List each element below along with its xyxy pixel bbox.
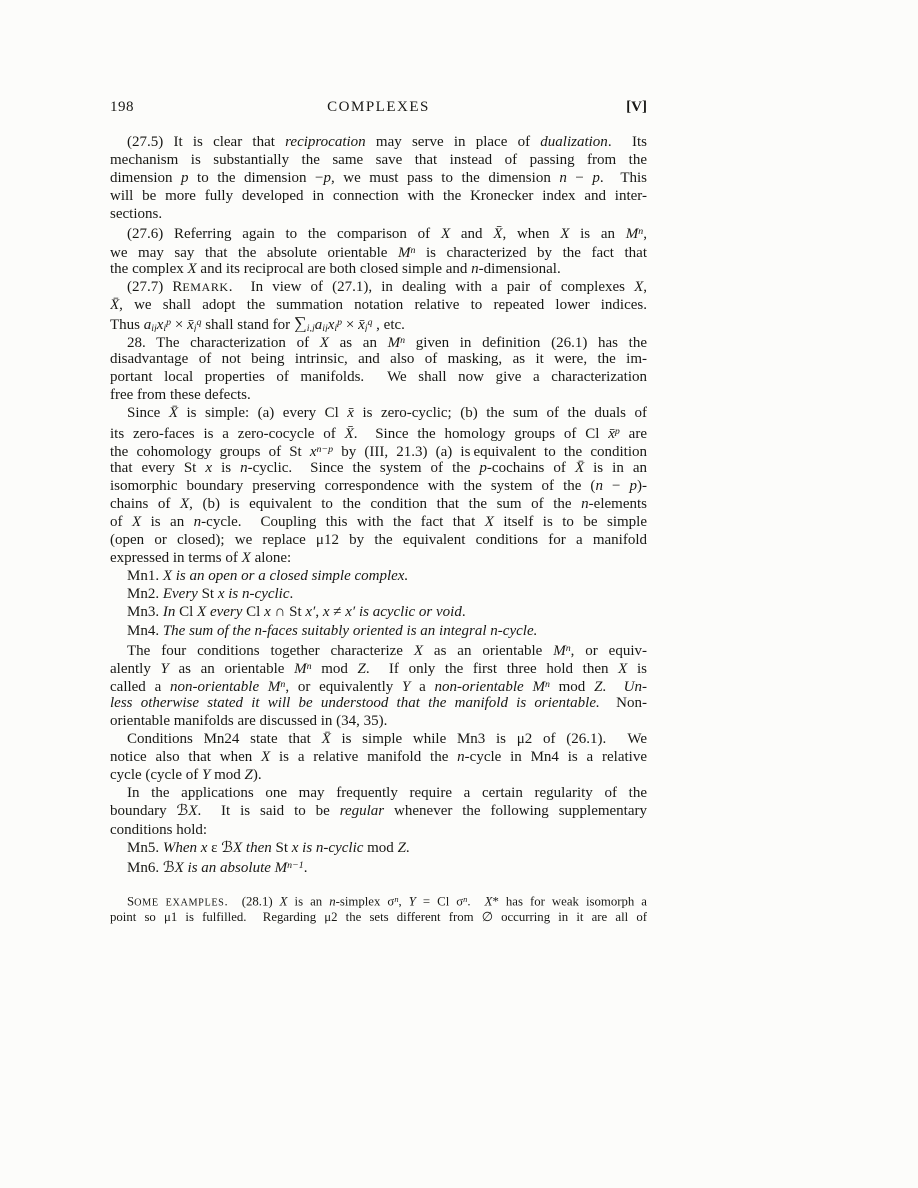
text-run: disadvantage of not being intrinsic, and… (110, 351, 647, 367)
text-line: (open or closed); we replace μ12 by the … (110, 531, 647, 549)
text-line: point so μ1 is fulfilled. Regarding μ2 t… (110, 908, 647, 926)
text-run: the cohomology groups of St (110, 444, 310, 459)
text-run: regular (340, 803, 384, 819)
text-line: SOME EXAMPLES. (28.1) X is an n-simplex … (110, 890, 647, 908)
text-line: sections. (110, 205, 647, 223)
text-line: (27.6) Referring again to the comparison… (110, 223, 647, 241)
text-run: Mn2. (127, 586, 163, 602)
text-run: -cycle. Coupling this with the fact that (201, 514, 485, 530)
text-run: is a relative manifold the (270, 749, 457, 765)
text-run: Un- (624, 679, 647, 694)
text-run: x′ (305, 604, 315, 620)
text-run: n (595, 478, 603, 494)
text-run: X (414, 643, 423, 658)
text-run: a (410, 679, 434, 694)
text-run: , or equiv- (571, 643, 647, 658)
text-run: = Cl σ (416, 894, 463, 908)
text-run: i,j (307, 323, 315, 332)
text-run: X̄ (345, 425, 354, 440)
text-run: Y (409, 894, 416, 908)
text-run: of (110, 514, 132, 530)
text-run: * has for weak isomorph a (492, 894, 647, 908)
text-run: cyclic (255, 586, 290, 602)
text-run: )- (637, 478, 647, 494)
text-run: alone: (251, 550, 291, 566)
text-run: x (218, 586, 225, 602)
text-run: , we shall adopt the summation notation … (119, 297, 647, 313)
text-run: X (441, 226, 450, 241)
text-run: will be more fully developed in connecti… (110, 188, 647, 204)
text-run: by (III, 21.3) (a) is equivalent to the … (333, 444, 647, 459)
text-run: chains of (110, 496, 180, 512)
text-run: given in definition (26.1) has the (405, 335, 647, 350)
text-run: x (264, 604, 271, 620)
text-run: . (462, 604, 466, 620)
text-run: X (485, 514, 494, 530)
text-run: n (240, 460, 248, 476)
text-run: Z (245, 767, 253, 783)
text-run: mod (210, 767, 244, 783)
text-run: -dimensional. (479, 261, 561, 277)
text-run: X (242, 550, 251, 566)
text-run: X (618, 661, 627, 676)
text-line: expressed in terms of X alone: (110, 549, 647, 567)
text-run: . Since the homology groups of Cl (354, 425, 608, 440)
text-line: Mn2. Every St x is n-cyclic. (110, 585, 647, 603)
text-run: expressed in terms of (110, 550, 242, 566)
text-run: M (294, 661, 307, 676)
text-line: of X is an n-cycle. Coupling this with t… (110, 513, 647, 531)
text-run: alently (110, 661, 160, 676)
text-run: × (171, 317, 187, 332)
text-run: whenever the following supplementary (384, 803, 647, 819)
text-line: Conditions Mn24 state that X̄ is simple … (110, 730, 647, 748)
text-run: conditions hold: (110, 822, 207, 838)
text-run: 28. The characterization of (127, 335, 320, 350)
text-line: 28. The characterization of X as an Mn g… (110, 332, 647, 350)
text-run: is an (141, 514, 194, 530)
text-run: -elements (589, 496, 647, 512)
text-run: x̄ (187, 317, 194, 332)
text-run: p (629, 478, 637, 494)
text-run: x is n-cyclic (292, 840, 364, 856)
text-run: , etc. (372, 317, 404, 332)
text-run: mod (363, 840, 397, 856)
text-run: Since (127, 405, 169, 421)
text-run: x (323, 604, 330, 620)
text-run: X̄ (575, 460, 584, 476)
text-run: (27.6) Referring again to the comparison… (127, 226, 441, 241)
text-line: called a non-orientable Mn, or equivalen… (110, 676, 647, 694)
text-run: n (559, 170, 567, 186)
text-run: OME EXAMPLES (134, 897, 224, 908)
text-run: sections. (110, 206, 162, 222)
text-run: X̄ (322, 731, 331, 747)
text-run: free from these defects. (110, 387, 251, 403)
text-line: less otherwise stated it will be underst… (110, 694, 647, 712)
footnote-block: SOME EXAMPLES. (28.1) X is an n-simplex … (110, 890, 647, 926)
text-run: Mn3. (127, 604, 163, 620)
text-run: mod (312, 661, 358, 676)
text-line: In the applications one may frequently r… (110, 784, 647, 802)
text-run: ∑ (294, 314, 307, 332)
text-run: The sum of the n-faces suitably oriented… (163, 623, 538, 639)
text-run: orientable manifolds are discussed in (3… (110, 713, 387, 729)
text-run: is (627, 661, 647, 676)
text-run: − (603, 478, 630, 494)
text-run: X̄ (169, 405, 178, 421)
text-run: is (212, 460, 240, 476)
text-run: as an orientable (169, 661, 294, 676)
text-run: shall stand for (201, 317, 293, 332)
text-line: Mn4. The sum of the n-faces suitably ori… (110, 622, 647, 640)
text-run: ). (253, 767, 262, 783)
text-run: . It is said to be (198, 803, 340, 819)
text-run: is simple: (a) every Cl (178, 405, 347, 421)
text-run: -cycle in Mn4 is a relative (465, 749, 647, 765)
text-run: X (188, 803, 197, 819)
text-run: called a (110, 679, 170, 694)
text-run: , we must pass to the dimension (331, 170, 559, 186)
text-run: . (304, 860, 308, 875)
text-run: reciprocation (285, 134, 366, 150)
text-run: is an (288, 894, 330, 908)
text-run: -cyclic. Since the system of the (248, 460, 480, 476)
text-line: Mn3. In Cl X every Cl x ∩ St x′, x ≠ x′ … (110, 603, 647, 621)
text-run: Mn6. ℬ (127, 860, 175, 875)
text-line: (27.5) It is clear that reciprocation ma… (110, 133, 647, 151)
text-run: The four conditions together characteriz… (127, 643, 414, 658)
text-run: less otherwise stated it will be underst… (110, 695, 600, 711)
text-run: is simple while Mn3 is μ2 of (26.1). We (331, 731, 647, 747)
text-run: Cl (242, 604, 264, 620)
text-run: the complex (110, 261, 187, 277)
text-run: ≠ (330, 604, 346, 620)
text-run: boundary ℬ (110, 803, 188, 819)
text-run: X (197, 604, 206, 620)
volume-mark: [V] (557, 99, 647, 116)
text-run: X (320, 335, 329, 350)
text-run: x̄ (358, 317, 365, 332)
text-run: itself is to be simple (494, 514, 647, 530)
text-run: , when (502, 226, 560, 241)
text-line: Mn6. ℬX is an absolute Mn−1. (110, 857, 647, 875)
text-run: X (132, 514, 141, 530)
text-run: is in an (584, 460, 647, 476)
text-run: is (228, 586, 238, 602)
text-line: Thus aijxip × x̄jq shall stand for ∑i,ja… (110, 314, 647, 332)
text-run: (27.7) R (127, 279, 182, 295)
text-line: the complex X and its reciprocal are bot… (110, 260, 647, 278)
text-run: point so μ1 is fulfilled. Regarding μ2 t… (110, 910, 647, 924)
text-run: notice also that when (110, 749, 261, 765)
text-run: In (163, 604, 176, 620)
text-line: (27.7) REMARK. In view of (27.1), in dea… (110, 278, 647, 296)
text-run: , (643, 226, 647, 241)
running-title: COMPLEXES (200, 99, 557, 116)
text-line: cycle (cycle of Y mod Z). (110, 766, 647, 784)
text-run: and its reciprocal are both closed simpl… (197, 261, 472, 277)
text-run: Thus (110, 317, 144, 332)
text-run: is zero-cyclic; (b) the sum of the duals… (354, 405, 647, 421)
text-run: n−1 (287, 860, 304, 871)
text-line: X̄, we shall adopt the summation notatio… (110, 296, 647, 314)
text-run: M (626, 226, 639, 241)
text-line: Mn1. X is an open or a closed simple com… (110, 567, 647, 585)
text-run: Non- (600, 695, 647, 711)
text-run: as an orientable (423, 643, 553, 658)
text-line: its zero-faces is a zero-cocycle of X̄. … (110, 423, 647, 441)
text-run: EMARK (182, 280, 228, 294)
text-run: (open or closed); we replace μ12 by the … (110, 532, 647, 548)
text-run: , or equivalently (285, 679, 402, 694)
text-run: Mn5. (127, 840, 163, 856)
text-run: to the dimension − (189, 170, 324, 186)
text-run: X (261, 749, 270, 765)
text-run: p (479, 460, 487, 476)
text-run: (27.5) It is clear that (127, 134, 285, 150)
text-run: . (406, 840, 410, 856)
text-run: mod (550, 679, 594, 694)
text-run: n (457, 749, 465, 765)
text-run: X (560, 226, 569, 241)
text-run: . (290, 586, 294, 602)
text-run: X (180, 496, 189, 512)
text-run: p (324, 170, 332, 186)
text-run: Cl (175, 604, 197, 620)
text-line: portant local properties of manifolds. W… (110, 368, 647, 386)
text-run: that every St (110, 460, 205, 476)
text-run: portant local properties of manifolds. W… (110, 369, 647, 385)
text-run: isomorphic boundary preserving correspon… (110, 478, 595, 494)
text-run: M (398, 245, 411, 260)
text-run: In the applications one may frequently r… (127, 785, 647, 801)
text-line: chains of X, (b) is equivalent to the co… (110, 495, 647, 513)
text-run: n (581, 496, 589, 512)
text-run: St (272, 840, 292, 856)
text-run: -simplex σ (336, 894, 395, 908)
text-run: Mn1. (127, 568, 163, 584)
text-line: notice also that when X is a relative ma… (110, 748, 647, 766)
text-run: St (198, 586, 218, 602)
text-line: mechanism is substantially the same save… (110, 151, 647, 169)
text-run: . (467, 894, 484, 908)
text-run: cycle (cycle of (110, 767, 202, 783)
page-body: (27.5) It is clear that reciprocation ma… (110, 133, 647, 875)
text-run: its zero-faces is a zero-cocycle of (110, 425, 345, 440)
text-run: dualization (540, 134, 608, 150)
text-run: are (620, 425, 647, 440)
text-run: X then (233, 840, 272, 856)
text-line: dimension p to the dimension −p, we must… (110, 169, 647, 187)
text-run: Y (160, 661, 168, 676)
text-line: Mn5. When x ε ℬX then St x is n-cyclic m… (110, 839, 647, 857)
text-run: p (592, 170, 600, 186)
text-run: Z (358, 661, 366, 676)
text-run: M (388, 335, 401, 350)
text-run: , (643, 279, 647, 295)
text-line: we may say that the absolute orientable … (110, 242, 647, 260)
text-run: mechanism is substantially the same save… (110, 152, 647, 168)
text-run: . (602, 679, 623, 694)
text-run: is acyclic or void (359, 604, 462, 620)
page-number: 198 (110, 99, 200, 116)
text-line: isomorphic boundary preserving correspon… (110, 477, 647, 495)
text-run: is an (569, 226, 625, 241)
text-run: . This (600, 170, 647, 186)
text-run: Every (163, 586, 198, 602)
text-run: , (b) is equivalent to the condition tha… (189, 496, 581, 512)
text-run: x̄ (608, 425, 615, 440)
text-run: Z (398, 840, 406, 856)
text-run: , (315, 604, 323, 620)
text-run: ∩ St (271, 604, 306, 620)
text-run: Mn4. (127, 623, 163, 639)
text-run: non-orientable M (435, 679, 545, 694)
book-page: 198 COMPLEXES [V] (27.5) It is clear tha… (0, 0, 918, 1188)
text-run: . (28.1) (224, 894, 279, 908)
text-run: X (187, 261, 196, 277)
text-line: The four conditions together characteriz… (110, 640, 647, 658)
text-run: X̄ (110, 297, 119, 313)
text-line: Since X̄ is simple: (a) every Cl x̄ is z… (110, 404, 647, 422)
text-run: Conditions Mn24 state that (127, 731, 322, 747)
text-line: alently Y as an orientable Mn mod Z. If … (110, 658, 647, 676)
text-line: orientable manifolds are discussed in (3… (110, 712, 647, 730)
text-line: free from these defects. (110, 386, 647, 404)
text-run: M (553, 643, 566, 658)
text-run: x̄ (347, 405, 354, 421)
text-run: x (310, 444, 317, 459)
text-run: X is an open or a closed simple complex. (163, 568, 408, 584)
text-run: is characterized by the fact that (415, 245, 647, 260)
text-run: every (210, 604, 242, 620)
text-run: When x (163, 840, 208, 856)
text-run: × (342, 317, 358, 332)
text-run: p (181, 170, 189, 186)
text-run: we may say that the absolute orientable (110, 245, 398, 260)
text-run: n (242, 586, 250, 602)
text-run: X (634, 279, 643, 295)
text-run: X (280, 894, 288, 908)
text-run: − (567, 170, 592, 186)
text-run: as an (329, 335, 388, 350)
text-run: ε ℬ (207, 840, 233, 856)
text-line: the cohomology groups of St xn−p by (III… (110, 441, 647, 459)
text-run: . In view of (27.1), in dealing with a p… (229, 279, 634, 295)
text-line: will be more fully developed in connecti… (110, 187, 647, 205)
text-run: non-orientable M (170, 679, 280, 694)
text-run: X is an absolute M (175, 860, 288, 875)
text-run: . Its (608, 134, 647, 150)
text-run: , (399, 894, 409, 908)
text-run: n−p (317, 444, 334, 455)
text-run: . If only the first three hold then (366, 661, 618, 676)
text-run: may serve in place of (366, 134, 541, 150)
text-line: disadvantage of not being intrinsic, and… (110, 350, 647, 368)
text-line: that every St x is n-cyclic. Since the s… (110, 459, 647, 477)
text-run: n (471, 261, 479, 277)
text-run: and (450, 226, 493, 241)
text-run: dimension (110, 170, 181, 186)
page-header: 198 COMPLEXES [V] (110, 99, 647, 116)
text-line: boundary ℬX. It is said to be regular wh… (110, 802, 647, 820)
text-run: x′ (345, 604, 355, 620)
text-line: conditions hold: (110, 821, 647, 839)
text-run: -cochains of (487, 460, 575, 476)
